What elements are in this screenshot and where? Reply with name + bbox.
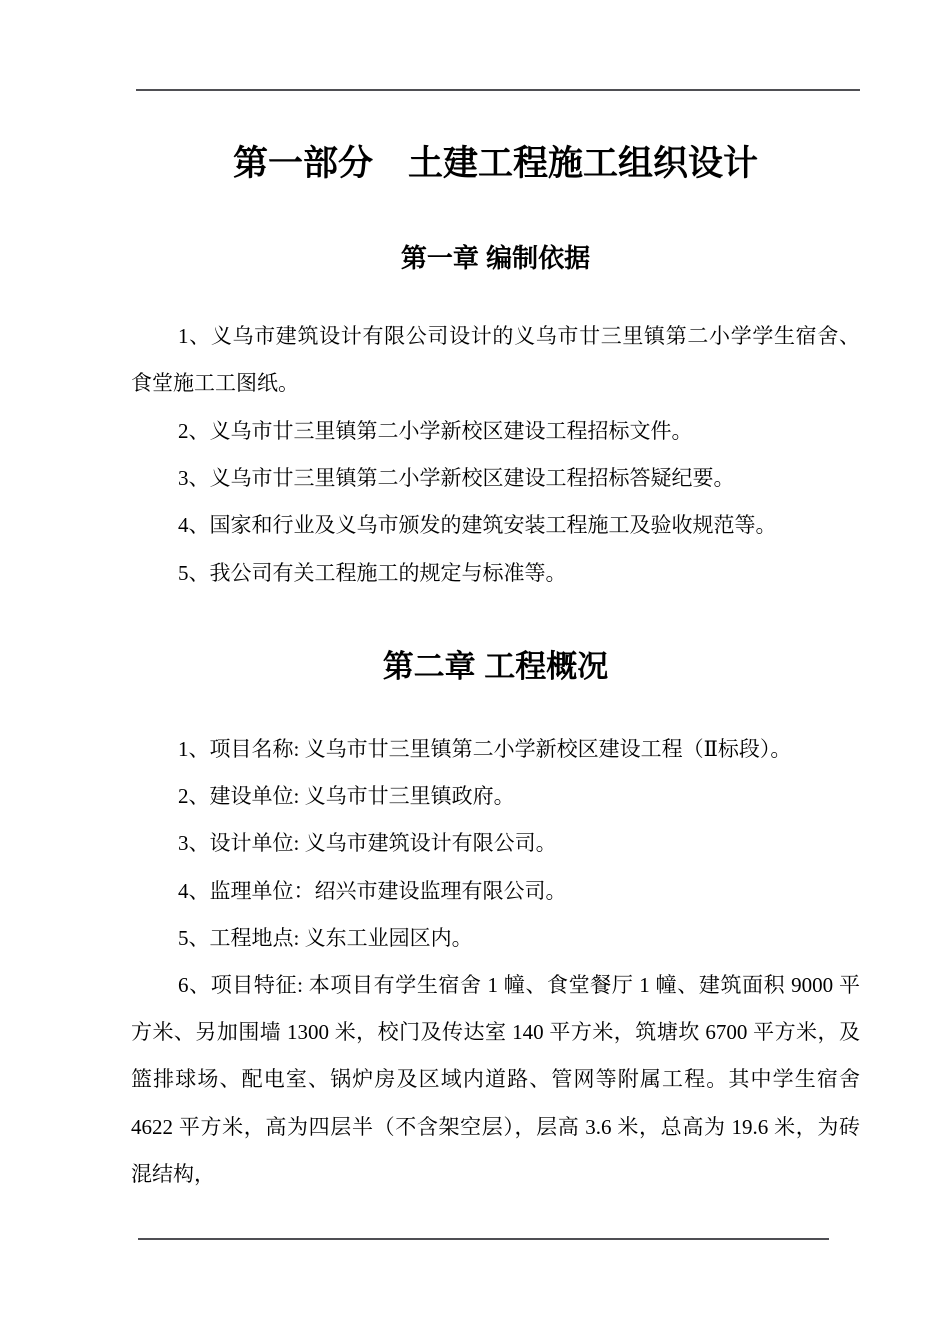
chapter-2-line: 篮排球场、配电室、锅炉房及区域内道路、管网等附属工程。其中学生宿舍 bbox=[131, 1068, 860, 1091]
chapter-1-line: 5、我公司有关工程施工的规定与标准等。 bbox=[131, 562, 860, 585]
chapter-2-line: 4、监理单位：绍兴市建设监理有限公司。 bbox=[131, 880, 860, 903]
chapter-1-heading: 第一章 编制依据 bbox=[131, 244, 860, 273]
chapter-1-line: 4、国家和行业及义乌市颁发的建筑安装工程施工及验收规范等。 bbox=[131, 514, 860, 537]
chapter-2-line: 混结构， bbox=[131, 1163, 860, 1186]
chapter-2-line: 2、建设单位: 义乌市廿三里镇政府。 bbox=[131, 785, 860, 808]
chapter-2-line: 6、项目特征: 本项目有学生宿舍 1 幢、食堂餐厅 1 幢、建筑面积 9000 … bbox=[131, 974, 860, 997]
chapter-2-heading: 第二章 工程概况 bbox=[131, 650, 860, 683]
chapter-2-line: 3、设计单位: 义乌市建筑设计有限公司。 bbox=[131, 832, 860, 855]
part-title: 第一部分 土建工程施工组织设计 bbox=[131, 145, 860, 183]
chapter-2-line: 1、项目名称: 义乌市廿三里镇第二小学新校区建设工程（Ⅱ标段）。 bbox=[131, 738, 860, 761]
header-rule bbox=[136, 89, 860, 91]
document-page: 第一部分 土建工程施工组织设计 第一章 编制依据 1、义乌市建筑设计有限公司设计… bbox=[0, 0, 950, 1344]
chapter-1-line: 3、义乌市廿三里镇第二小学新校区建设工程招标答疑纪要。 bbox=[131, 467, 860, 490]
chapter-1-line: 1、义乌市建筑设计有限公司设计的义乌市廿三里镇第二小学学生宿舍、 bbox=[131, 325, 860, 348]
chapter-1-line: 食堂施工工图纸。 bbox=[131, 372, 860, 395]
footer-rule bbox=[138, 1238, 829, 1240]
chapter-1-line: 2、义乌市廿三里镇第二小学新校区建设工程招标文件。 bbox=[131, 420, 860, 443]
chapter-2-line: 方米、另加围墙 1300 米，校门及传达室 140 平方米，筑塘坎 6700 平… bbox=[131, 1021, 860, 1044]
chapter-2-line: 4622 平方米，高为四层半（不含架空层），层高 3.6 米，总高为 19.6 … bbox=[131, 1116, 860, 1139]
chapter-2-line: 5、工程地点: 义东工业园区内。 bbox=[131, 927, 860, 950]
